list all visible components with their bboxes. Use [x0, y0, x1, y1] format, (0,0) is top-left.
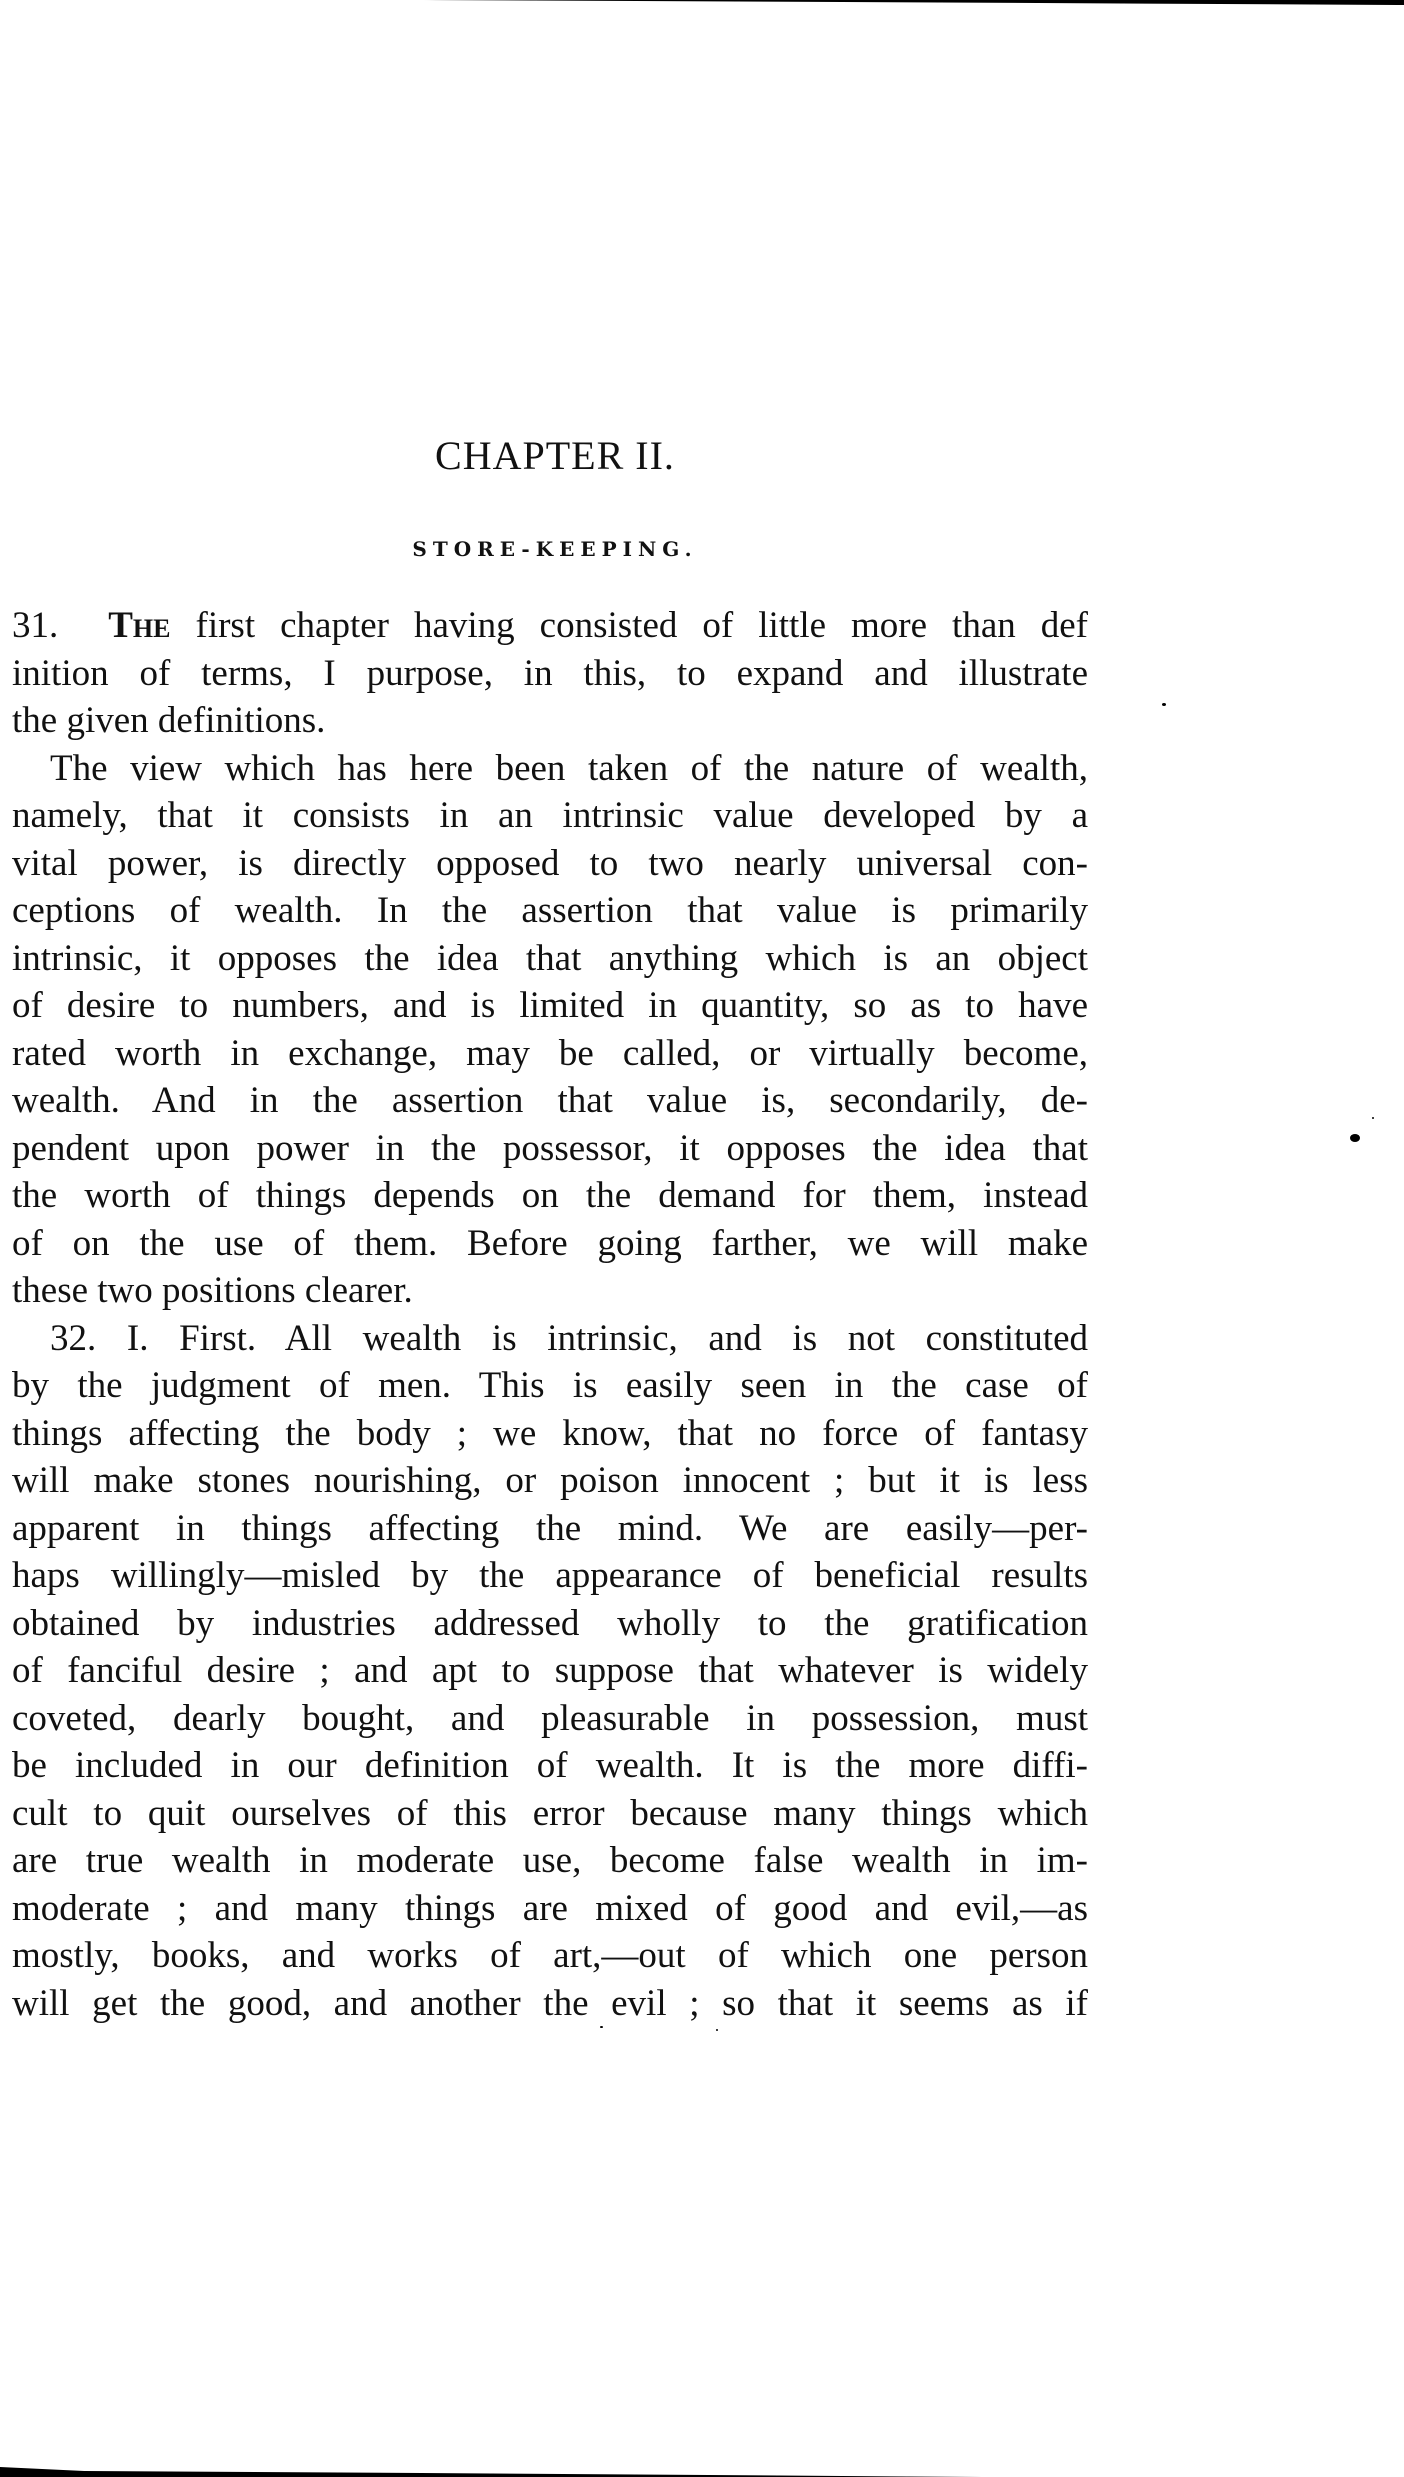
text-line: wealth. And in the assertion that value … [12, 1077, 1088, 1125]
text-line: first chapter having consisted of little… [171, 605, 1089, 646]
text-line: intrinsic, it opposes the idea that anyt… [12, 935, 1088, 983]
body-text: 31. The first chapter having consisted o… [12, 602, 1088, 2027]
paragraph-31-line-1: 31. The first chapter having consisted o… [12, 602, 1088, 650]
text-line: obtained by industries addressed wholly … [12, 1600, 1088, 1648]
text-line: mostly, books, and works of art,—out of … [12, 1932, 1088, 1980]
text-line: will get the good, and another the evil … [12, 1980, 1088, 2028]
text-line: are true wealth in moderate use, become … [12, 1837, 1088, 1885]
text-line: will make stones nourishing, or poison i… [12, 1457, 1088, 1505]
chapter-subtitle: STORE-KEEPING. [0, 537, 1110, 561]
scan-speck [1350, 1134, 1360, 1142]
text-line: inition of terms, I purpose, in this, to… [12, 650, 1088, 698]
text-line: ceptions of wealth. In the assertion tha… [12, 887, 1088, 935]
scan-speck [716, 2029, 718, 2031]
text-line: by the judgment of men. This is easily s… [12, 1362, 1088, 1410]
text-line: haps willingly—misled by the appearance … [12, 1552, 1088, 1600]
text-line: pendent upon power in the possessor, it … [12, 1125, 1088, 1173]
text-line: apparent in things affecting the mind. W… [12, 1505, 1088, 1553]
scan-speck [600, 2026, 603, 2028]
section-number: 31. [12, 605, 58, 646]
text-line: the worth of things depends on the deman… [12, 1172, 1088, 1220]
scan-speck [1372, 1117, 1374, 1119]
scan-speck [1162, 703, 1166, 706]
text-line: cult to quit ourselves of this error bec… [12, 1790, 1088, 1838]
text-line: namely, that it consists in an intrinsic… [12, 792, 1088, 840]
text-line: of fanciful desire ; and apt to suppose … [12, 1647, 1088, 1695]
text-line: be included in our definition of wealth.… [12, 1742, 1088, 1790]
text-line: these two positions clearer. [12, 1267, 1088, 1315]
text-line: rated worth in exchange, may be called, … [12, 1030, 1088, 1078]
text-line: coveted, dearly bought, and pleasurable … [12, 1695, 1088, 1743]
text-line: the given definitions. [12, 697, 1088, 745]
chapter-title: CHAPTER II. [0, 432, 1110, 479]
text-line: moderate ; and many things are mixed of … [12, 1885, 1088, 1933]
book-page: CHAPTER II. STORE-KEEPING. 31. The first… [0, 0, 1404, 2477]
text-line: things affecting the body ; we know, tha… [12, 1410, 1088, 1458]
paragraph-32-line-1: 32. I. First. All wealth is intrinsic, a… [12, 1315, 1088, 1363]
text-line: of desire to numbers, and is limited in … [12, 982, 1088, 1030]
text-line: vital power, is directly opposed to two … [12, 840, 1088, 888]
text-line: The view which has here been taken of th… [12, 745, 1088, 793]
text-line: of on the use of them. Before going fart… [12, 1220, 1088, 1268]
lead-word: The [108, 605, 170, 646]
